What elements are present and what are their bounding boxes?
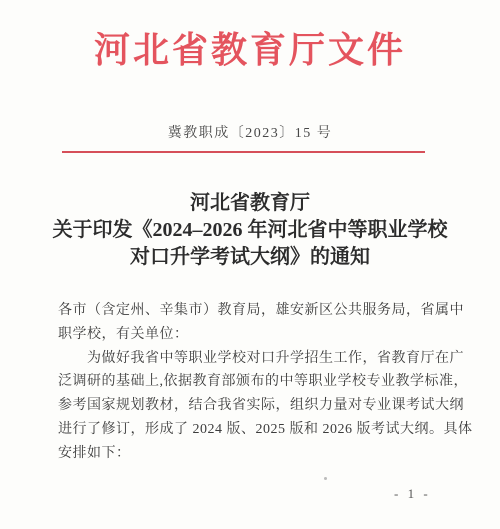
notice-title-line-1: 河北省教育厅 <box>20 190 480 217</box>
page-number: - 1 - <box>394 486 431 502</box>
body-line-paragraph-2: 泛调研的基础上,依据教育部颁布的中等职业学校专业教学标准， <box>58 370 446 394</box>
notice-title: 河北省教育厅 关于印发《2024–2026 年河北省中等职业学校 对口升学考试大… <box>20 190 480 271</box>
body-line-recipients-2: 职学校，有关单位： <box>58 323 446 347</box>
body-line-paragraph-4: 进行了修订，形成了 2024 版、2025 版和 2026 版考试大纲。具体 <box>58 418 446 442</box>
document-page: 河北省教育厅文件 冀教职成〔2023〕15 号 河北省教育厅 关于印发《2024… <box>0 0 500 529</box>
body-line-recipients-1: 各市（含定州、辛集市）教育局，雄安新区公共服务局，省属中 <box>58 299 446 323</box>
notice-title-line-3: 对口升学考试大纲》的通知 <box>20 244 480 271</box>
body-line-paragraph-5: 安排如下： <box>58 442 446 466</box>
notice-body: 各市（含定州、辛集市）教育局，雄安新区公共服务局，省属中 职学校，有关单位： 为… <box>58 299 446 466</box>
red-letterhead-title: 河北省教育厅文件 <box>0 22 500 73</box>
body-line-paragraph-1: 为做好我省中等职业学校对口升学招生工作，省教育厅在广 <box>58 347 446 371</box>
letterhead-divider-line <box>62 151 425 153</box>
scan-artifact-speck <box>324 477 327 480</box>
document-reference-number: 冀教职成〔2023〕15 号 <box>0 122 500 142</box>
notice-title-line-2: 关于印发《2024–2026 年河北省中等职业学校 <box>20 217 480 244</box>
body-line-paragraph-3: 参考国家规划教材，结合我省实际，组织力量对专业课考试大纲 <box>58 394 446 418</box>
